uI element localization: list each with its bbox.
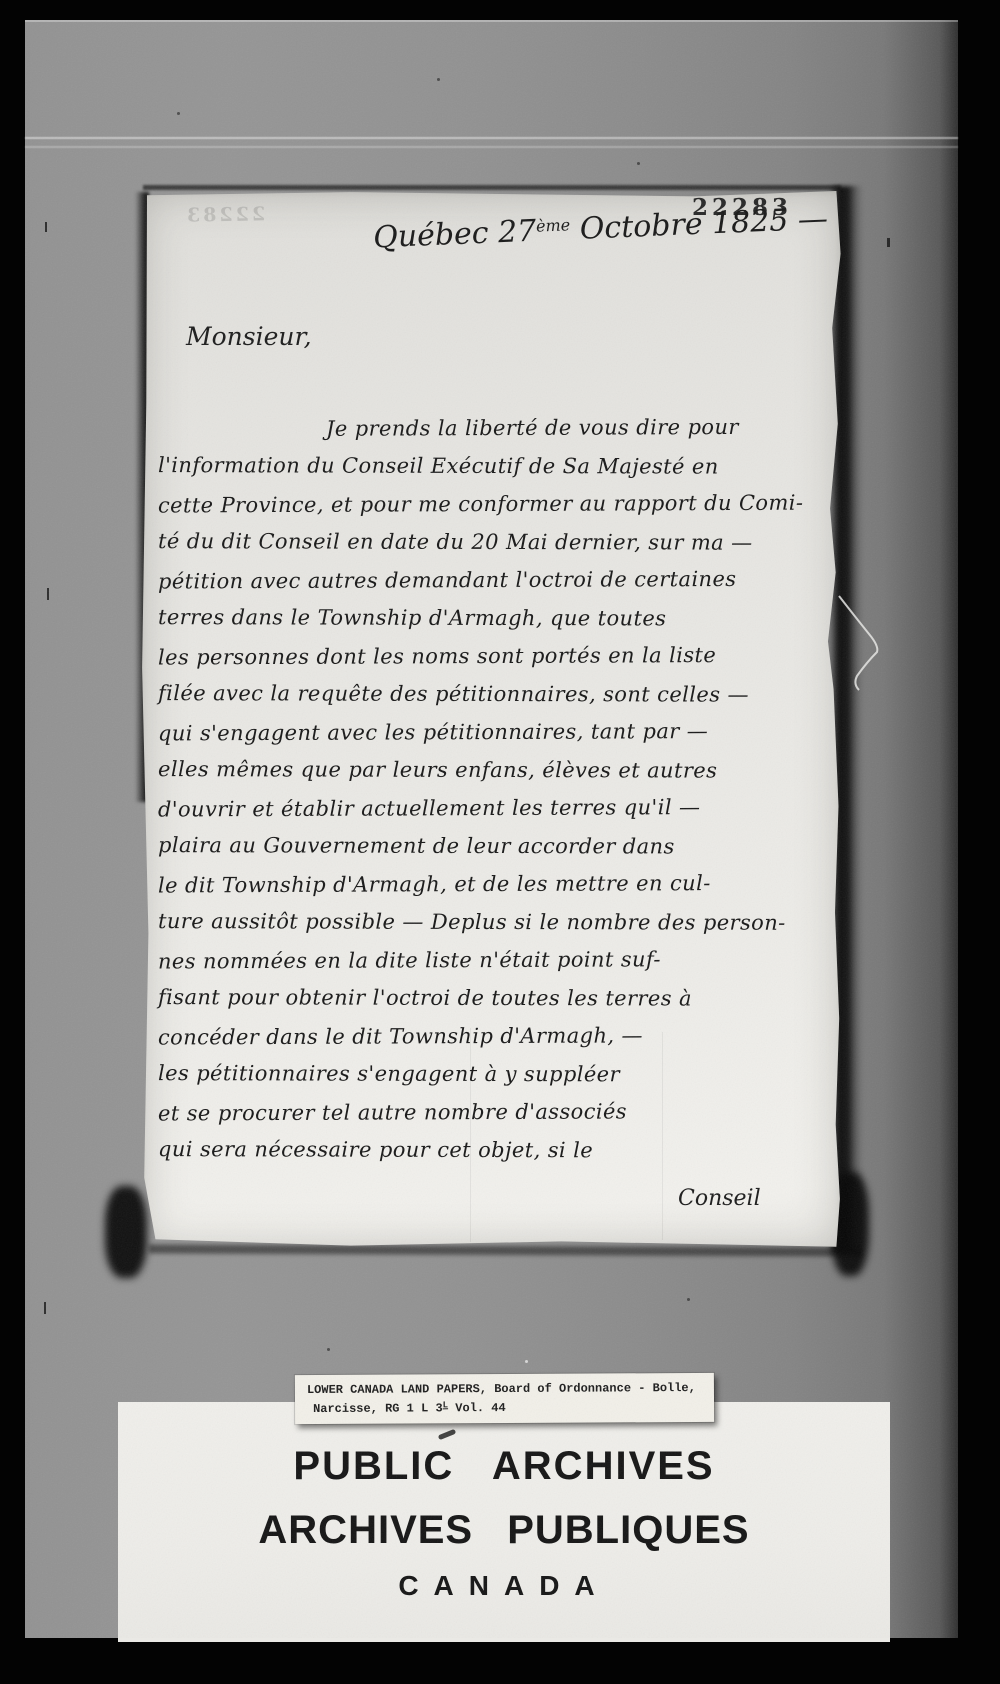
body-line: ture aussitôt possible — Deplus si le no…: [158, 909, 834, 949]
letter-page: 22283 22283 Québec 27ème Octobre 1825 — …: [140, 190, 842, 1252]
body-line: nes nommées en la dite liste n'était poi…: [158, 947, 834, 988]
reference-label: LOWER CANADA LAND PAPERS, Board of Ordon…: [295, 1373, 714, 1424]
dust-speck: [687, 1298, 690, 1301]
film-mark: [44, 1302, 46, 1314]
letter-body: Je prends la liberté de vous dire pour l…: [158, 416, 834, 1176]
salutation: Monsieur,: [186, 322, 312, 351]
reference-label-line2-text: Narcisse, RG 1 L 3: [313, 1401, 443, 1416]
body-line: cette Province, et pour me conformer au …: [158, 491, 834, 532]
body-line: et se procurer tel autre nombre d'associ…: [158, 1099, 834, 1140]
dust-speck: [437, 78, 440, 81]
body-line: concéder dans le dit Township d'Armagh, …: [158, 1023, 834, 1064]
body-line: qui sera nécessaire pour cet objet, si l…: [158, 1137, 834, 1177]
dust-speck: [327, 1348, 330, 1351]
body-line: fisant pour obtenir l'octroi de toutes l…: [158, 985, 834, 1025]
date-place-day: Québec 27: [372, 214, 536, 256]
body-line: Je prends la liberté de vous dire pour: [158, 415, 834, 456]
body-line: les pétitionnaires s'engagent à y supplé…: [158, 1061, 834, 1101]
body-line: plaira au Gouvernement de leur accorder …: [158, 833, 834, 873]
body-line: filée avec la requête des pétitionnaires…: [158, 681, 834, 721]
reference-label-line2: Narcisse, RG 1 L 3L Vol. 44: [307, 1396, 706, 1417]
body-line: té du dit Conseil en date du 20 Mai dern…: [158, 529, 834, 569]
film-top-edge-line: [25, 20, 958, 22]
reference-label-volume: Vol. 44: [448, 1401, 506, 1415]
reference-label-line1: LOWER CANADA LAND PAPERS, Board of Ordon…: [307, 1380, 706, 1398]
film-mark: [47, 588, 49, 600]
microfilm-background: 22283 22283 Québec 27ème Octobre 1825 — …: [25, 20, 958, 1638]
paper-shadow-top: [143, 185, 841, 190]
body-line: l'information du Conseil Exécutif de Sa …: [158, 453, 834, 493]
body-line: le dit Township d'Armagh, et de les mett…: [158, 871, 834, 912]
body-line: terres dans le Township d'Armagh, que to…: [158, 605, 834, 645]
body-line: qui s'engagent avec les pétitionnaires, …: [158, 719, 834, 760]
body-line: elles mêmes que par leurs enfans, élèves…: [158, 757, 834, 797]
body-line: pétition avec autres demandant l'octroi …: [158, 567, 834, 608]
card-country: CANADA: [118, 1553, 890, 1602]
dust-speck: [177, 112, 180, 115]
paper-shadow-bottom: [149, 1244, 861, 1256]
body-line: d'ouvrir et établir actuellement les ter…: [158, 795, 834, 836]
paper-shadow-corner: [105, 1186, 147, 1278]
page-number-ghost-offset: 22283: [184, 203, 265, 226]
film-mark: [45, 222, 47, 232]
body-line: les personnes dont les noms sont portés …: [158, 643, 834, 684]
date-ordinal-superscript: ème: [536, 215, 571, 235]
film-mark: [887, 238, 890, 247]
film-scratch-line: [25, 146, 958, 148]
catchword: Conseil: [678, 1186, 761, 1211]
card-title-fr: ARCHIVES PUBLIQUES: [118, 1489, 890, 1553]
dust-speck: [637, 162, 640, 165]
archives-card: PUBLIC ARCHIVES ARCHIVES PUBLIQUES CANAD…: [118, 1402, 890, 1642]
film-scratch-line: [25, 137, 958, 139]
film-hair-scratch: [833, 588, 897, 700]
dust-speck: [525, 1360, 528, 1363]
